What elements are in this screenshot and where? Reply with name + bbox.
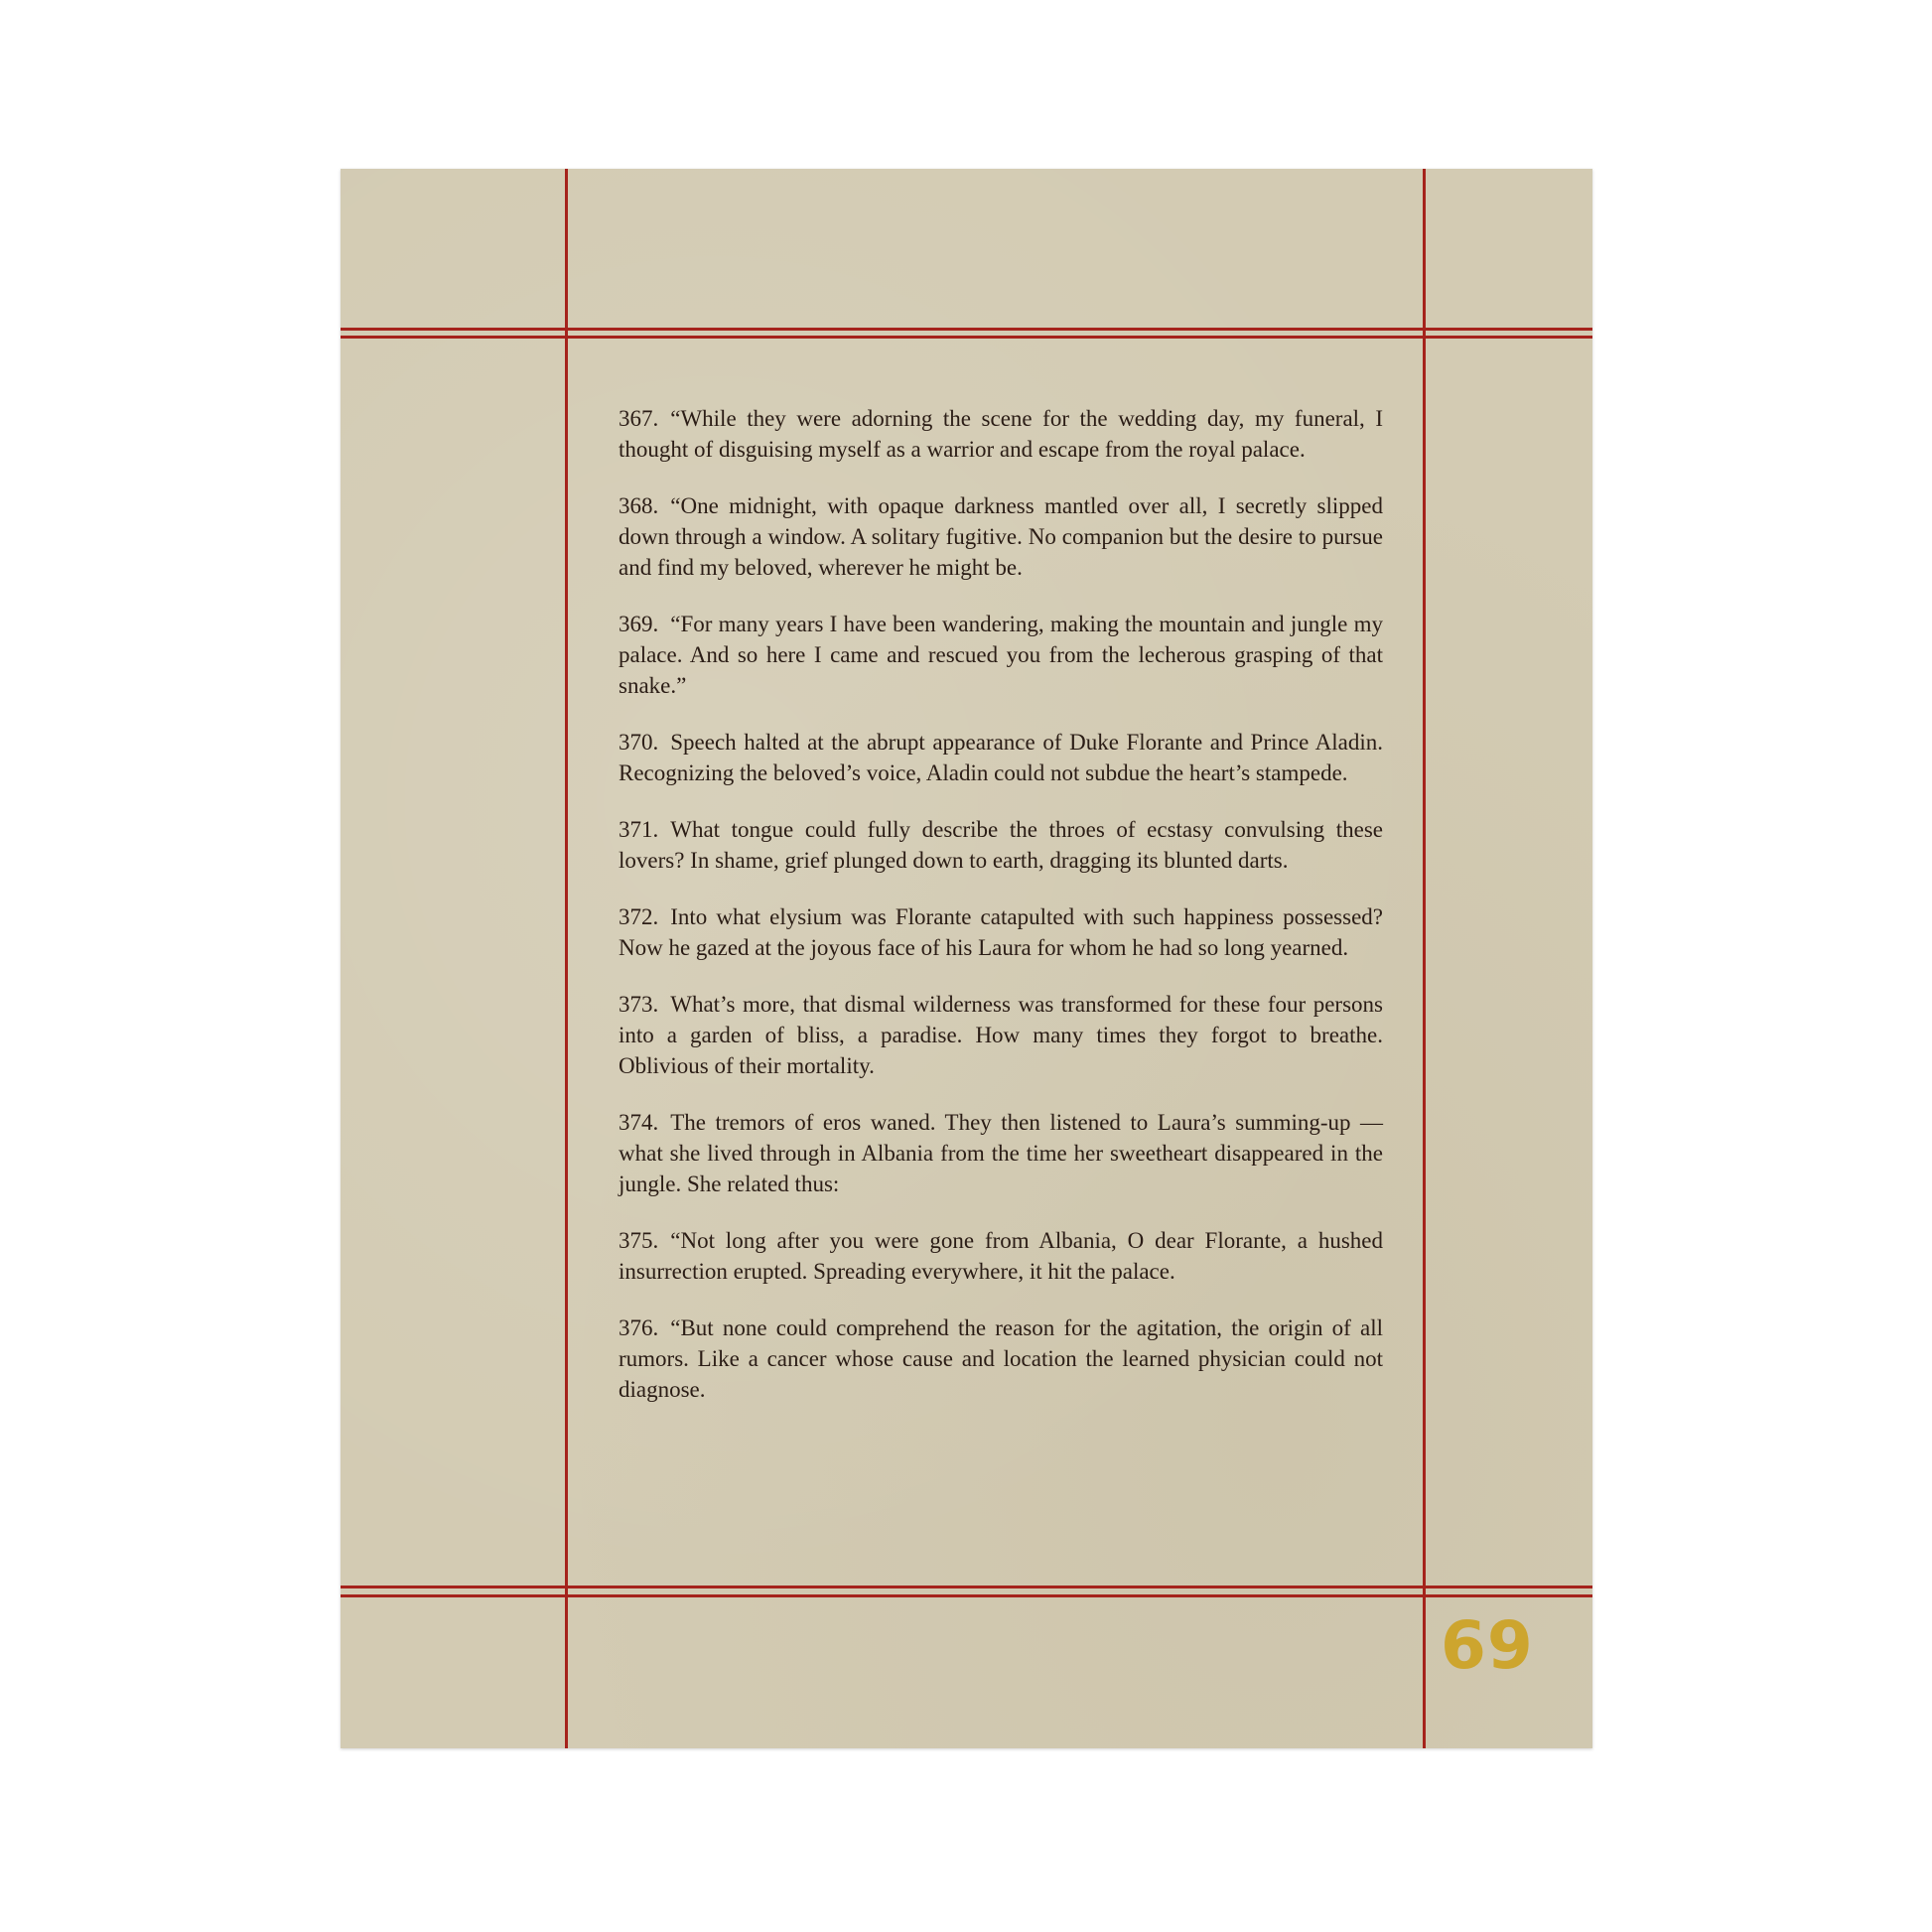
verse-text: Speech halted at the abrupt appearance o… bbox=[619, 730, 1383, 785]
top-double-rule-upper bbox=[341, 328, 1592, 331]
verse-number: 372. bbox=[619, 904, 658, 929]
verse-text: “One midnight, with opaque darkness mant… bbox=[619, 493, 1383, 580]
verse-text: “For many years I have been wandering, m… bbox=[619, 612, 1383, 698]
bottom-double-rule-upper bbox=[341, 1586, 1592, 1588]
verse-text: What tongue could fully describe the thr… bbox=[619, 817, 1383, 873]
verse-number: 370. bbox=[619, 730, 658, 755]
verse-text: The tremors of eros waned. They then lis… bbox=[619, 1110, 1383, 1196]
page-number: 69 bbox=[1441, 1606, 1534, 1686]
verse-number: 375. bbox=[619, 1228, 658, 1253]
paragraph-372: 372.Into what elysium was Florante catap… bbox=[619, 901, 1383, 963]
verse-text: Into what elysium was Florante catapulte… bbox=[619, 904, 1383, 960]
bottom-double-rule-lower bbox=[341, 1594, 1592, 1597]
right-margin-rule bbox=[1423, 169, 1426, 1748]
book-page: 367.“While they were adorning the scene … bbox=[341, 169, 1592, 1748]
paragraph-369: 369.“For many years I have been wanderin… bbox=[619, 609, 1383, 701]
verse-text: What’s more, that dismal wilderness was … bbox=[619, 992, 1383, 1078]
top-double-rule-lower bbox=[341, 336, 1592, 339]
verse-number: 368. bbox=[619, 493, 658, 518]
verse-number: 374. bbox=[619, 1110, 658, 1135]
verse-number: 373. bbox=[619, 992, 658, 1017]
verse-number: 371. bbox=[619, 817, 658, 842]
paragraph-376: 376.“But none could comprehend the reaso… bbox=[619, 1312, 1383, 1405]
paragraph-370: 370.Speech halted at the abrupt appearan… bbox=[619, 727, 1383, 788]
verse-number: 376. bbox=[619, 1315, 658, 1340]
paragraph-367: 367.“While they were adorning the scene … bbox=[619, 403, 1383, 465]
paragraph-368: 368.“One midnight, with opaque darkness … bbox=[619, 490, 1383, 583]
paragraph-373: 373.What’s more, that dismal wilderness … bbox=[619, 989, 1383, 1081]
left-margin-rule bbox=[565, 169, 568, 1748]
paragraph-375: 375.“Not long after you were gone from A… bbox=[619, 1225, 1383, 1287]
verse-number: 369. bbox=[619, 612, 658, 636]
verse-text: “While they were adorning the scene for … bbox=[619, 406, 1383, 462]
verse-text: “Not long after you were gone from Alban… bbox=[619, 1228, 1383, 1284]
paragraph-371: 371.What tongue could fully describe the… bbox=[619, 814, 1383, 876]
verse-text: “But none could comprehend the reason fo… bbox=[619, 1315, 1383, 1402]
body-text: 367.“While they were adorning the scene … bbox=[619, 403, 1383, 1431]
verse-number: 367. bbox=[619, 406, 658, 431]
paragraph-374: 374.The tremors of eros waned. They then… bbox=[619, 1107, 1383, 1199]
